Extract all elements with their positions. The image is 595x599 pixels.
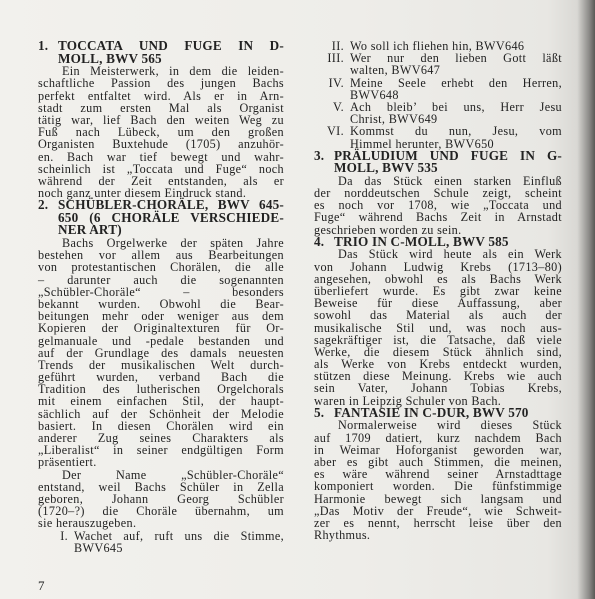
chorale-list: II.Wo soll ich fliehen hin, BWV646III.We… [314, 40, 562, 150]
chorale-title: Wachet auf, ruft uns die Stimme, [74, 530, 284, 542]
text-line: auf 1709 datiert, kurz nachdem Bach [314, 432, 562, 444]
chorale-item: I.Wachet auf, ruft uns die Stimme, [38, 530, 284, 542]
section-schuebler: 2.SCHÜBLER-CHORÄLE, BWV 645- 650 (6 CHOR… [38, 199, 284, 554]
roman-numeral: I. [38, 530, 74, 542]
text-line: Kopieren der Originaltexturen für Or- [38, 322, 284, 334]
section-body: Bachs Orgelwerke der späten Jahrebestehe… [38, 237, 284, 469]
right-column: II.Wo soll ich fliehen hin, BWV646III.We… [314, 40, 562, 541]
text-line: sein Vater, Johann Tobias Krebs, [314, 382, 562, 394]
text-line: perfekt entfaltet wird. Als er in Arn- [38, 90, 284, 102]
roman-numeral: IV. [314, 77, 350, 89]
text-line: Organisten Buxtehude (1705) anzuhör- [38, 138, 284, 150]
section-praeludium: 3.PRÄLUDIUM UND FUGE IN G- MOLL, BWV 535… [314, 150, 562, 236]
page-number: 7 [38, 578, 45, 594]
section-body: Ein Meisterwerk, in dem die leiden-schaf… [38, 65, 284, 199]
section-body: Der Name „Schübler-Choräle“entstand, wei… [38, 469, 284, 530]
chorale-item: BWV645 [38, 542, 284, 554]
section-toccata: 1.TOCCATA UND FUGE IN D- MOLL, BWV 565 E… [38, 40, 284, 199]
text-line: sie herauszugeben. [38, 517, 284, 529]
text-line: mit einem einfachen Stil, der haupt- [38, 395, 284, 407]
roman-numeral: III. [314, 52, 350, 64]
text-line: Normalerweise wird dieses Stück [314, 419, 562, 431]
roman-numeral [38, 542, 74, 554]
text-line: Das Stück wird heute als ein Werk [314, 248, 562, 260]
text-line: sowohl das Material als auch der [314, 309, 562, 321]
text-line: Rhythmus. [314, 529, 562, 541]
text-line: schaftliche Passion des jungen Bachs [38, 77, 284, 89]
chorale-list: I.Wachet auf, ruft uns die Stimme,BWV645 [38, 530, 284, 554]
roman-numeral [314, 64, 350, 76]
section-trio: 4.TRIO IN C-MOLL, BWV 585 Das Stück wird… [314, 236, 562, 407]
section-body: Normalerweise wird dieses Stückauf 1709 … [314, 419, 562, 541]
chorale-title: BWV645 [74, 542, 284, 554]
text-line: Der Name „Schübler-Choräle“ [38, 469, 284, 481]
text-line: en. Bach war tief bewegt und wahr- [38, 151, 284, 163]
chorale-item: IV.Meine Seele erhebt den Herren, [314, 77, 562, 89]
text-line: komponiert worden. Die fünfstimmige [314, 480, 562, 492]
left-column: 1.TOCCATA UND FUGE IN D- MOLL, BWV 565 E… [38, 40, 284, 554]
chorale-title: Meine Seele erhebt den Herren, [350, 77, 562, 89]
chorale-item: walten, BWV647 [314, 64, 562, 76]
text-line: musikalische Stil und, was noch aus- [314, 322, 562, 334]
roman-numeral: V. [314, 101, 350, 113]
text-line: gelmanuale und -pedale bestanden und [38, 335, 284, 347]
chorale-title: Kommst du nun, Jesu, vom [350, 125, 562, 137]
section-heading-cont: MOLL, BWV 535 [314, 162, 562, 175]
roman-numeral: VI. [314, 125, 350, 137]
section-body: Das Stück wird heute als ein Werkvon Joh… [314, 248, 562, 406]
text-line: Harmonie bewegt sich langsam und [314, 493, 562, 505]
section-fantasie: 5.FANTASIE IN C-DUR, BWV 570 Normalerwei… [314, 407, 562, 541]
text-line: präsentiert. [38, 456, 284, 468]
roman-numeral [314, 89, 350, 101]
text-line: – darunter auch die sogenannten [38, 274, 284, 286]
booklet-page: 1.TOCCATA UND FUGE IN D- MOLL, BWV 565 E… [0, 0, 595, 599]
chorale-item: VI.Kommst du nun, Jesu, vom [314, 125, 562, 137]
text-line: von protestantischen Chorälen, die alle [38, 261, 284, 273]
section-body: Da das Stück einen starken Einflußder no… [314, 175, 562, 236]
text-line: von Johann Ludwig Krebs (1713–80) [314, 261, 562, 273]
chorale-title: walten, BWV647 [350, 64, 562, 76]
text-line: Fuge“ während Bachs Zeit in Arnstadt [314, 211, 562, 223]
